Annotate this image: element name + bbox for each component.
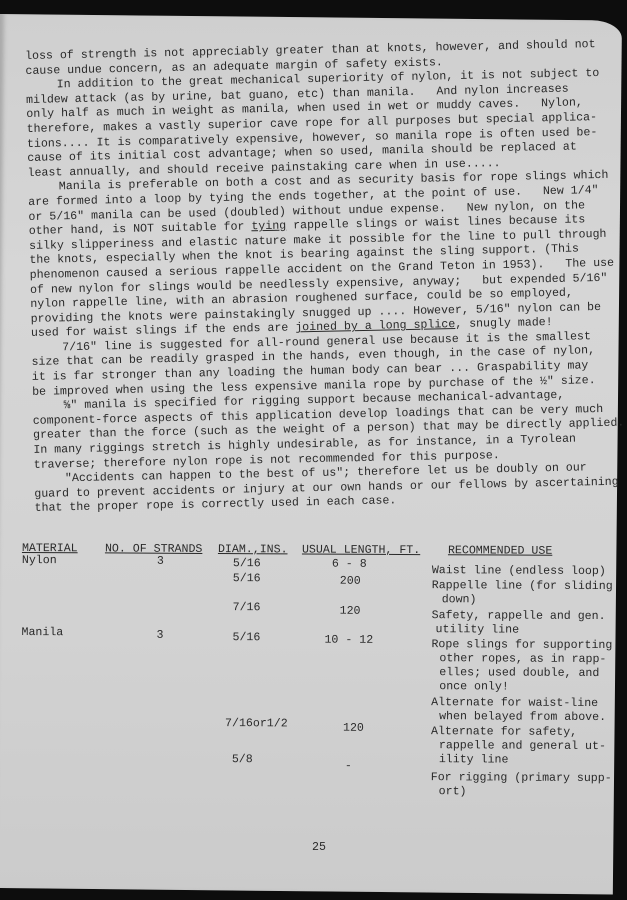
cell-use: Safety, rappelle and gen. xyxy=(432,609,606,624)
cell-length: 10 - 12 xyxy=(324,634,373,649)
cell-use: Alternate for waist-line xyxy=(431,696,598,711)
header-length: USUAL LENGTH, FT. xyxy=(302,543,420,558)
cell-use: Rappelle line (for sliding xyxy=(432,579,613,594)
cell-length: 6 - 8 xyxy=(332,558,367,573)
cell-use: other ropes, as in rapp- xyxy=(439,652,606,667)
body-text: loss of strength is not appreciably grea… xyxy=(25,38,623,517)
cell-use: elles; used double, and xyxy=(439,666,599,681)
cell-use: Alternate for safety, xyxy=(431,725,577,740)
underlined-phrase: joined by a long splice xyxy=(295,318,455,334)
cell-diameter: 7/16 xyxy=(233,601,261,616)
cell-use: down) xyxy=(442,593,477,608)
cell-diameter: 5/16 xyxy=(233,557,261,572)
cell-use: Waist line (endless loop) xyxy=(432,564,606,579)
cell-use: when belayed from above. xyxy=(439,710,606,725)
cell-diameter: 7/16or1/2 xyxy=(225,717,288,732)
header-use: RECOMMENDED USE xyxy=(448,544,552,559)
cell-diameter: 5/16 xyxy=(232,631,260,646)
header-strands: NO. OF STRANDS xyxy=(105,542,202,557)
cell-length: 120 xyxy=(343,722,364,737)
cell-use: ort) xyxy=(439,785,467,800)
cell-diameter: 5/8 xyxy=(232,753,253,768)
cell-use: utility line xyxy=(436,623,520,638)
cell-use: Rope slings for supporting xyxy=(431,638,612,653)
cell-length: - xyxy=(345,760,352,774)
cell-material: Manila xyxy=(21,626,63,641)
cell-use: once only! xyxy=(439,680,509,695)
underlined-word: tying xyxy=(251,220,286,234)
cell-length: 120 xyxy=(340,605,361,620)
text-segment: , snugly made! xyxy=(455,316,553,331)
cell-strands: 3 xyxy=(157,555,164,569)
cell-use: ility line xyxy=(439,753,509,768)
cell-diameter: 5/16 xyxy=(233,572,261,587)
page-number: 25 xyxy=(312,841,326,854)
cell-strands: 3 xyxy=(156,629,163,643)
cell-use: rappelle and general ut- xyxy=(439,739,606,754)
cell-length: 200 xyxy=(340,575,361,590)
cell-use: For rigging (primary supp- xyxy=(431,771,612,786)
cell-material: Nylon xyxy=(22,554,57,569)
header-diameter: DIAM.,INS. xyxy=(218,543,288,558)
